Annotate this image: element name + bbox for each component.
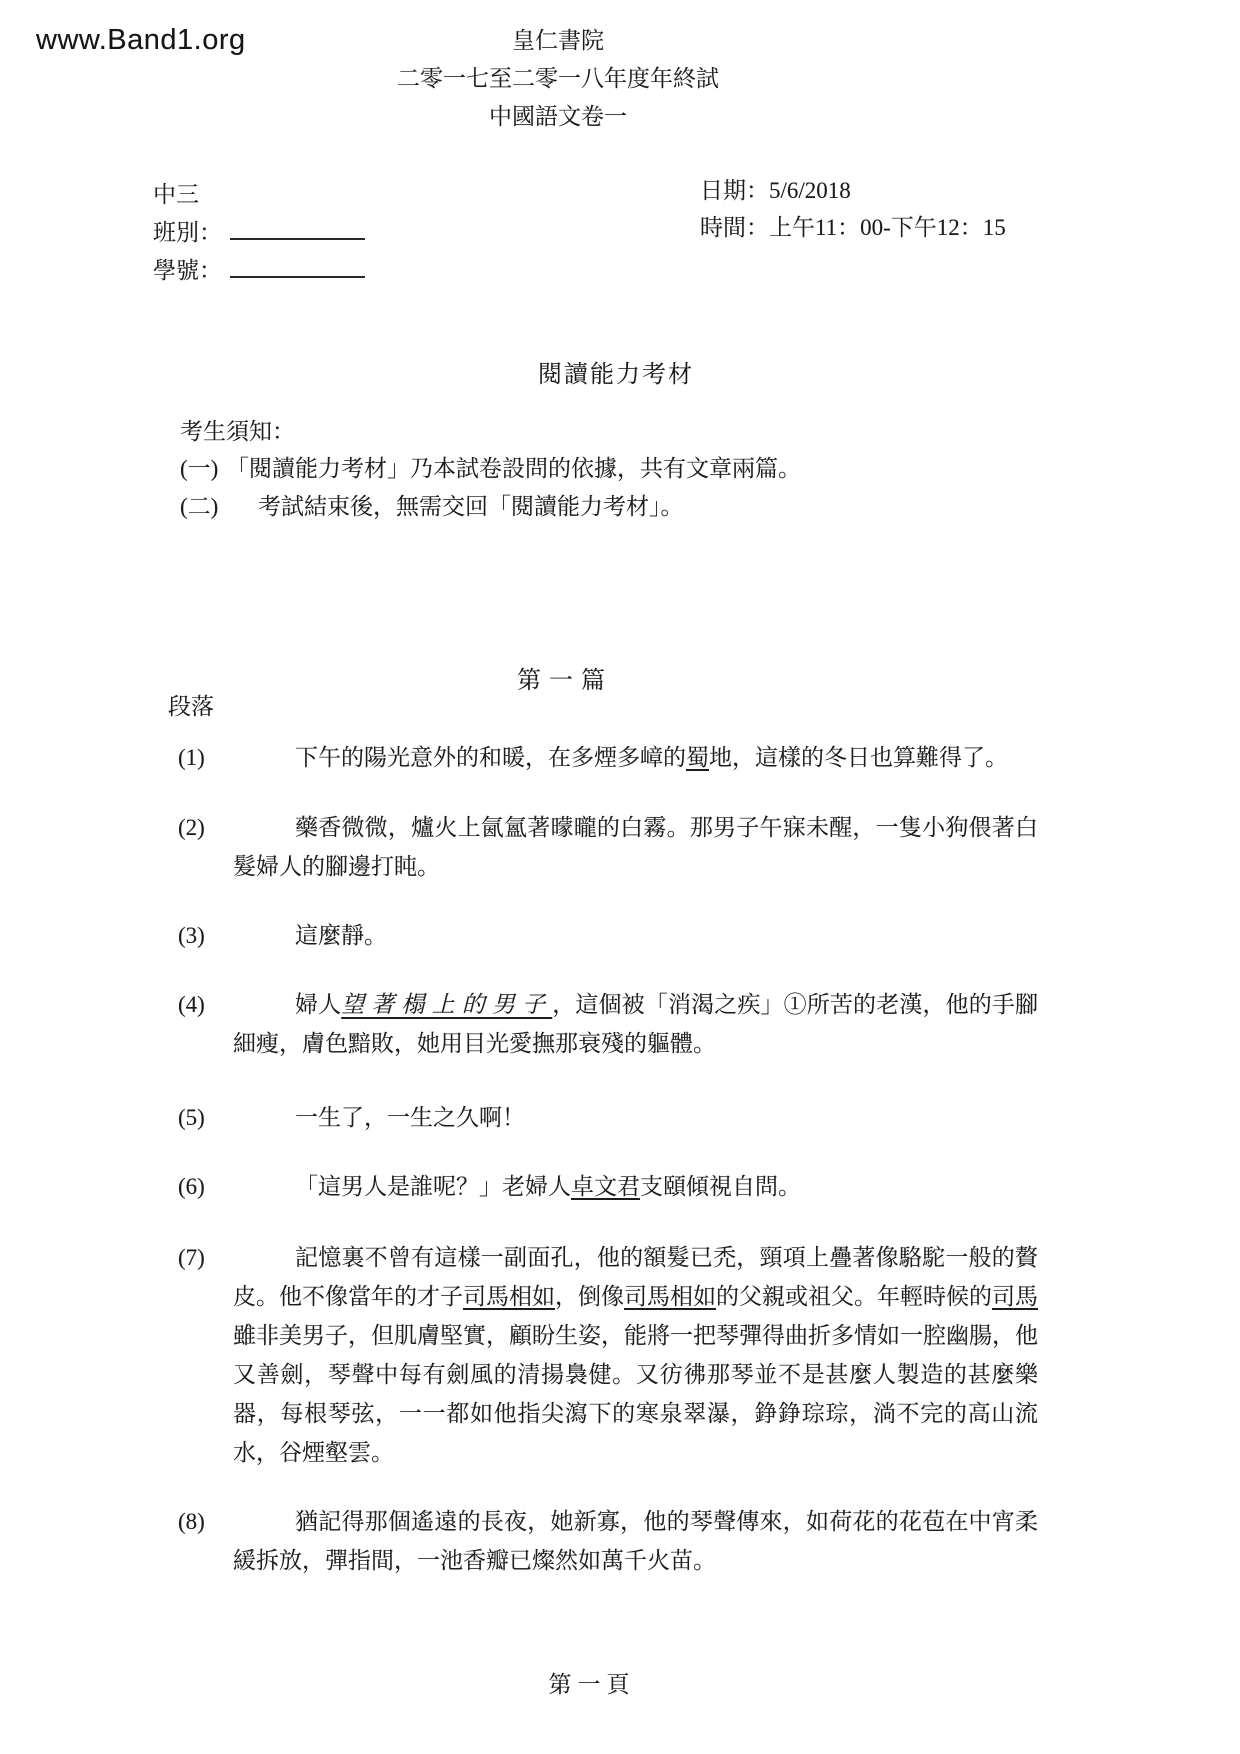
note-row-2: (二)考試結束後，無需交回「閱讀能力考材」。 [180,488,684,521]
note-number: (一) [180,450,226,483]
text-segment: 一生了，一生之久啊！ [295,1105,525,1130]
text-segment: 的父親或祖父。年輕時候的 [716,1284,992,1309]
note-text: 「閱讀能力考材」乃本試卷設問的依據，共有文章兩篇。 [226,456,801,481]
proper-noun-underlined: 司馬相如 [463,1284,555,1309]
paragraph-row: (3)這麼靜。 [178,916,1038,955]
paper-title: 中國語文卷一 [0,98,1116,136]
date-row: 日期：5/6/2018 [700,172,1006,209]
text-segment: 地，這樣的冬日也算難得了。 [709,745,1008,770]
date-label: 日期： [700,178,769,203]
document-header: 皇仁書院 二零一七至二零一八年度年終試 中國語文卷一 [0,22,1116,136]
school-name: 皇仁書院 [0,22,1116,60]
paragraph-number: (6) [178,1167,205,1206]
paragraph-number: (2) [178,808,205,847]
paragraph-row: (7)記憶裏不曾有這樣一副面孔，他的額髮已禿，頸項上疊著像駱駝一般的贅皮。他不像… [178,1238,1038,1472]
paragraph-column-label: 段落 [168,688,214,721]
reading-material-title: 閱讀能力考材 [0,354,1232,389]
text-segment: 婦人 [295,992,341,1017]
form-level: 中三 [153,176,365,214]
emphasized-phrase: 望著榻上的男子 [341,992,552,1017]
note-row-1: (一)「閱讀能力考材」乃本試卷設問的依據，共有文章兩篇。 [180,450,801,483]
paragraph-row: (6)「這男人是誰呢？」老婦人卓文君支頤傾視自問。 [178,1167,1038,1206]
class-label: 班別： [153,220,222,245]
paragraph-text: 下午的陽光意外的和暖，在多煙多嶂的蜀地，這樣的冬日也算難得了。 [233,738,1038,777]
proper-noun-underlined: 司馬相如 [624,1284,716,1309]
paragraph-text: 藥香微微，爐火上氤氳著曚曨的白霧。那男子午寐未醒，一隻小狗偎著白髮婦人的腳邊打盹… [233,808,1038,886]
text-segment: 支頤傾視自問。 [640,1174,801,1199]
page-footer: 第一頁 [0,1666,1184,1699]
notes-heading: 考生須知： [180,413,295,446]
text-segment: 這麼靜。 [295,923,387,948]
paragraph-row: (2)藥香微微，爐火上氤氳著曚曨的白霧。那男子午寐未醒，一隻小狗偎著白髮婦人的腳… [178,808,1038,886]
class-blank-line [230,214,365,240]
paragraph-text: 一生了，一生之久啊！ [233,1098,1038,1137]
exam-paper-page: www.Band1.org 皇仁書院 二零一七至二零一八年度年終試 中國語文卷一… [0,0,1240,1754]
text-segment: 藥香微微，爐火上氤氳著曚曨的白霧。那男子午寐未醒，一隻小狗偎著白髮婦人的腳邊打盹… [233,815,1038,879]
text-segment: 「這男人是誰呢？」老婦人 [295,1174,571,1199]
proper-noun-underlined: 蜀 [686,745,709,770]
note-number: (二) [180,488,226,521]
paragraph-text: 記憶裏不曾有這樣一副面孔，他的額髮已禿，頸項上疊著像駱駝一般的贅皮。他不像當年的… [233,1238,1038,1472]
exam-session-title: 二零一七至二零一八年度年終試 [0,60,1116,98]
paragraph-text: 婦人望著榻上的男子，這個被「消渴之疾」①所苦的老漢，他的手腳細瘦，膚色黯敗，她用… [233,985,1038,1063]
paragraph-number: (5) [178,1098,205,1137]
text-segment: 猶記得那個遙遠的長夜，她新寡，他的琴聲傳來，如荷花的花苞在中宵柔緩拆放，彈指間，… [233,1509,1038,1573]
student-no-label: 學號： [153,258,222,283]
student-no-row: 學號： [153,252,365,290]
text-segment: ，倒像 [555,1284,624,1309]
paragraph-row: (5)一生了，一生之久啊！ [178,1098,1038,1137]
time-value: 上午11：00-下午12：15 [769,215,1006,240]
date-value: 5/6/2018 [769,178,851,203]
time-row: 時間：上午11：00-下午12：15 [700,209,1006,246]
candidate-info: 中三 班別： 學號： [153,176,365,290]
proper-noun-underlined: 司馬 [992,1284,1038,1309]
paragraph-row: (1)下午的陽光意外的和暖，在多煙多嶂的蜀地，這樣的冬日也算難得了。 [178,738,1038,777]
proper-noun-underlined: 卓文君 [571,1174,640,1199]
text-segment: 雖非美男子，但肌膚堅實，顧盼生姿，能將一把琴彈得曲折多情如一腔幽腸，他又善劍，琴… [233,1323,1038,1465]
paragraph-number: (3) [178,916,205,955]
student-no-blank-line [230,252,365,278]
paragraph-number: (1) [178,738,205,777]
text-segment: 下午的陽光意外的和暖，在多煙多嶂的 [295,745,686,770]
paragraph-row: (4)婦人望著榻上的男子，這個被「消渴之疾」①所苦的老漢，他的手腳細瘦，膚色黯敗… [178,985,1038,1063]
paragraph-number: (4) [178,985,205,1024]
class-row: 班別： [153,214,365,252]
paragraph-number: (8) [178,1502,205,1541]
note-text: 考試結束後，無需交回「閱讀能力考材」。 [226,494,684,519]
paragraph-number: (7) [178,1238,205,1277]
paragraph-text: 「這男人是誰呢？」老婦人卓文君支頤傾視自問。 [233,1167,1038,1206]
time-label: 時間： [700,215,769,240]
paragraph-row: (8)猶記得那個遙遠的長夜，她新寡，他的琴聲傳來，如荷花的花苞在中宵柔緩拆放，彈… [178,1502,1038,1580]
paragraph-text: 猶記得那個遙遠的長夜，她新寡，他的琴聲傳來，如荷花的花苞在中宵柔緩拆放，彈指間，… [233,1502,1038,1580]
paragraph-text: 這麼靜。 [233,916,1038,955]
exam-datetime: 日期：5/6/2018 時間：上午11：00-下午12：15 [700,172,1006,246]
